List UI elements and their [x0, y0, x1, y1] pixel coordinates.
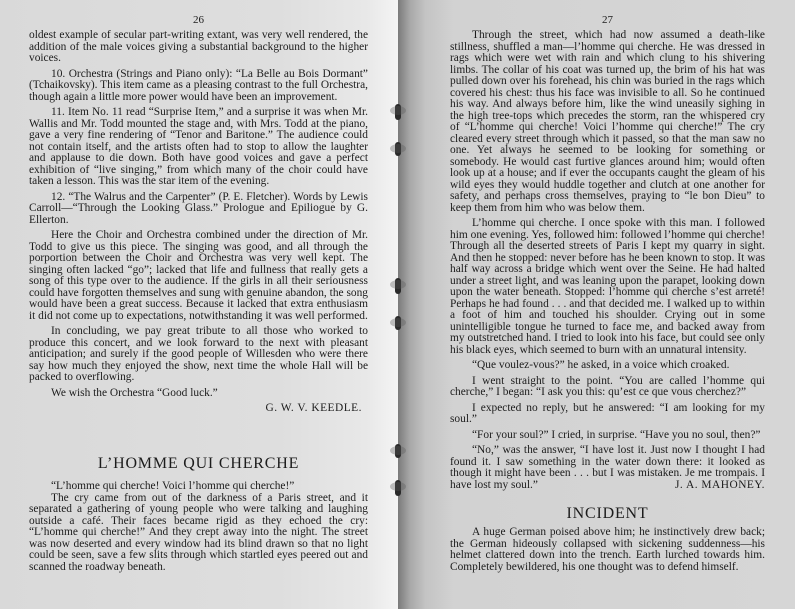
paragraph: “No,” was the answer, “I have lost it. J…: [450, 445, 765, 491]
left-page: 26 oldest example of secular part-writin…: [0, 0, 398, 609]
paragraph: Through the street, which had now assume…: [450, 30, 765, 214]
binding-stitch: [395, 142, 401, 156]
binding-stitch: [395, 444, 401, 458]
author-signature: G. W. V. KEEDLE.: [29, 402, 368, 415]
paragraph: We wish the Orchestra “Good luck.”: [29, 388, 368, 400]
paragraph: I went straight to the point. “You are c…: [450, 376, 765, 399]
paragraph: In concluding, we pay great tribute to a…: [29, 326, 368, 384]
paragraph: L’homme qui cherche. I once spoke with t…: [450, 218, 765, 356]
binding-stitch: [395, 104, 401, 120]
article-title: INCIDENT: [450, 505, 765, 523]
paragraph: oldest example of secular part-writing e…: [29, 30, 368, 65]
paragraph: “Que voulez-vous?” he asked, in a voice …: [450, 360, 765, 372]
author-signature: J. A. MAHONEY.: [653, 480, 765, 492]
paragraph: Here the Choir and Orchestra combined un…: [29, 230, 368, 322]
paragraph: “For your soul?” I cried, in surprise. “…: [450, 430, 765, 442]
page-number: 26: [29, 14, 368, 27]
paragraph: “L’homme qui cherche! Voici l’homme qui …: [29, 481, 368, 493]
paragraph: 12. “The Walrus and the Carpenter” (P. E…: [29, 192, 368, 227]
article-title: L’HOMME QUI CHERCHE: [29, 455, 368, 473]
paragraph: The cry came from out of the darkness of…: [29, 493, 368, 574]
paragraph: 10. Orchestra (Strings and Piano only): …: [29, 69, 368, 104]
binding-stitch: [395, 278, 401, 294]
binding-stitch: [395, 480, 401, 496]
paragraph: 11. Item No. 11 read “Surprise Item,” an…: [29, 107, 368, 188]
page-number: 27: [450, 14, 765, 27]
binding-stitch: [395, 316, 401, 330]
paragraph: I expected no reply, but he answered: “I…: [450, 403, 765, 426]
right-page: 27 Through the street, which had now ass…: [398, 0, 795, 609]
book-spread: 26 oldest example of secular part-writin…: [0, 0, 795, 609]
paragraph: A huge German poised above him; he insti…: [450, 527, 765, 573]
